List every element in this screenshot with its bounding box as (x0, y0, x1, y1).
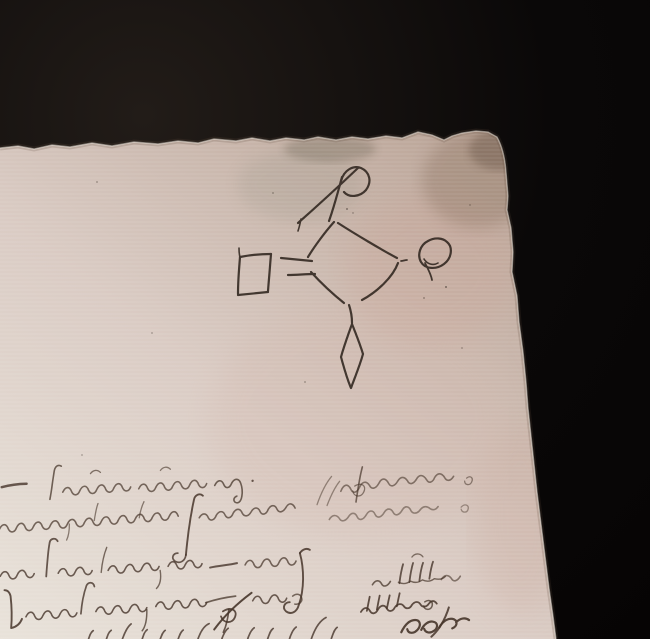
paper-speck (304, 381, 306, 383)
ink-speck (469, 204, 471, 206)
manuscript-photo (0, 0, 650, 639)
paper-speck (461, 347, 463, 349)
lower-connector-line (288, 274, 315, 275)
paper-speck (423, 297, 425, 299)
paper-speck (96, 181, 98, 183)
manuscript-photo-svg (0, 0, 650, 639)
paper-speck (81, 454, 83, 456)
paper-speck (272, 192, 274, 194)
ink-speck (346, 208, 348, 210)
ink-speck (445, 286, 447, 288)
paper-speck (151, 332, 153, 334)
diamond-right-vertex-dash (401, 260, 407, 261)
ink-speck (352, 212, 353, 213)
